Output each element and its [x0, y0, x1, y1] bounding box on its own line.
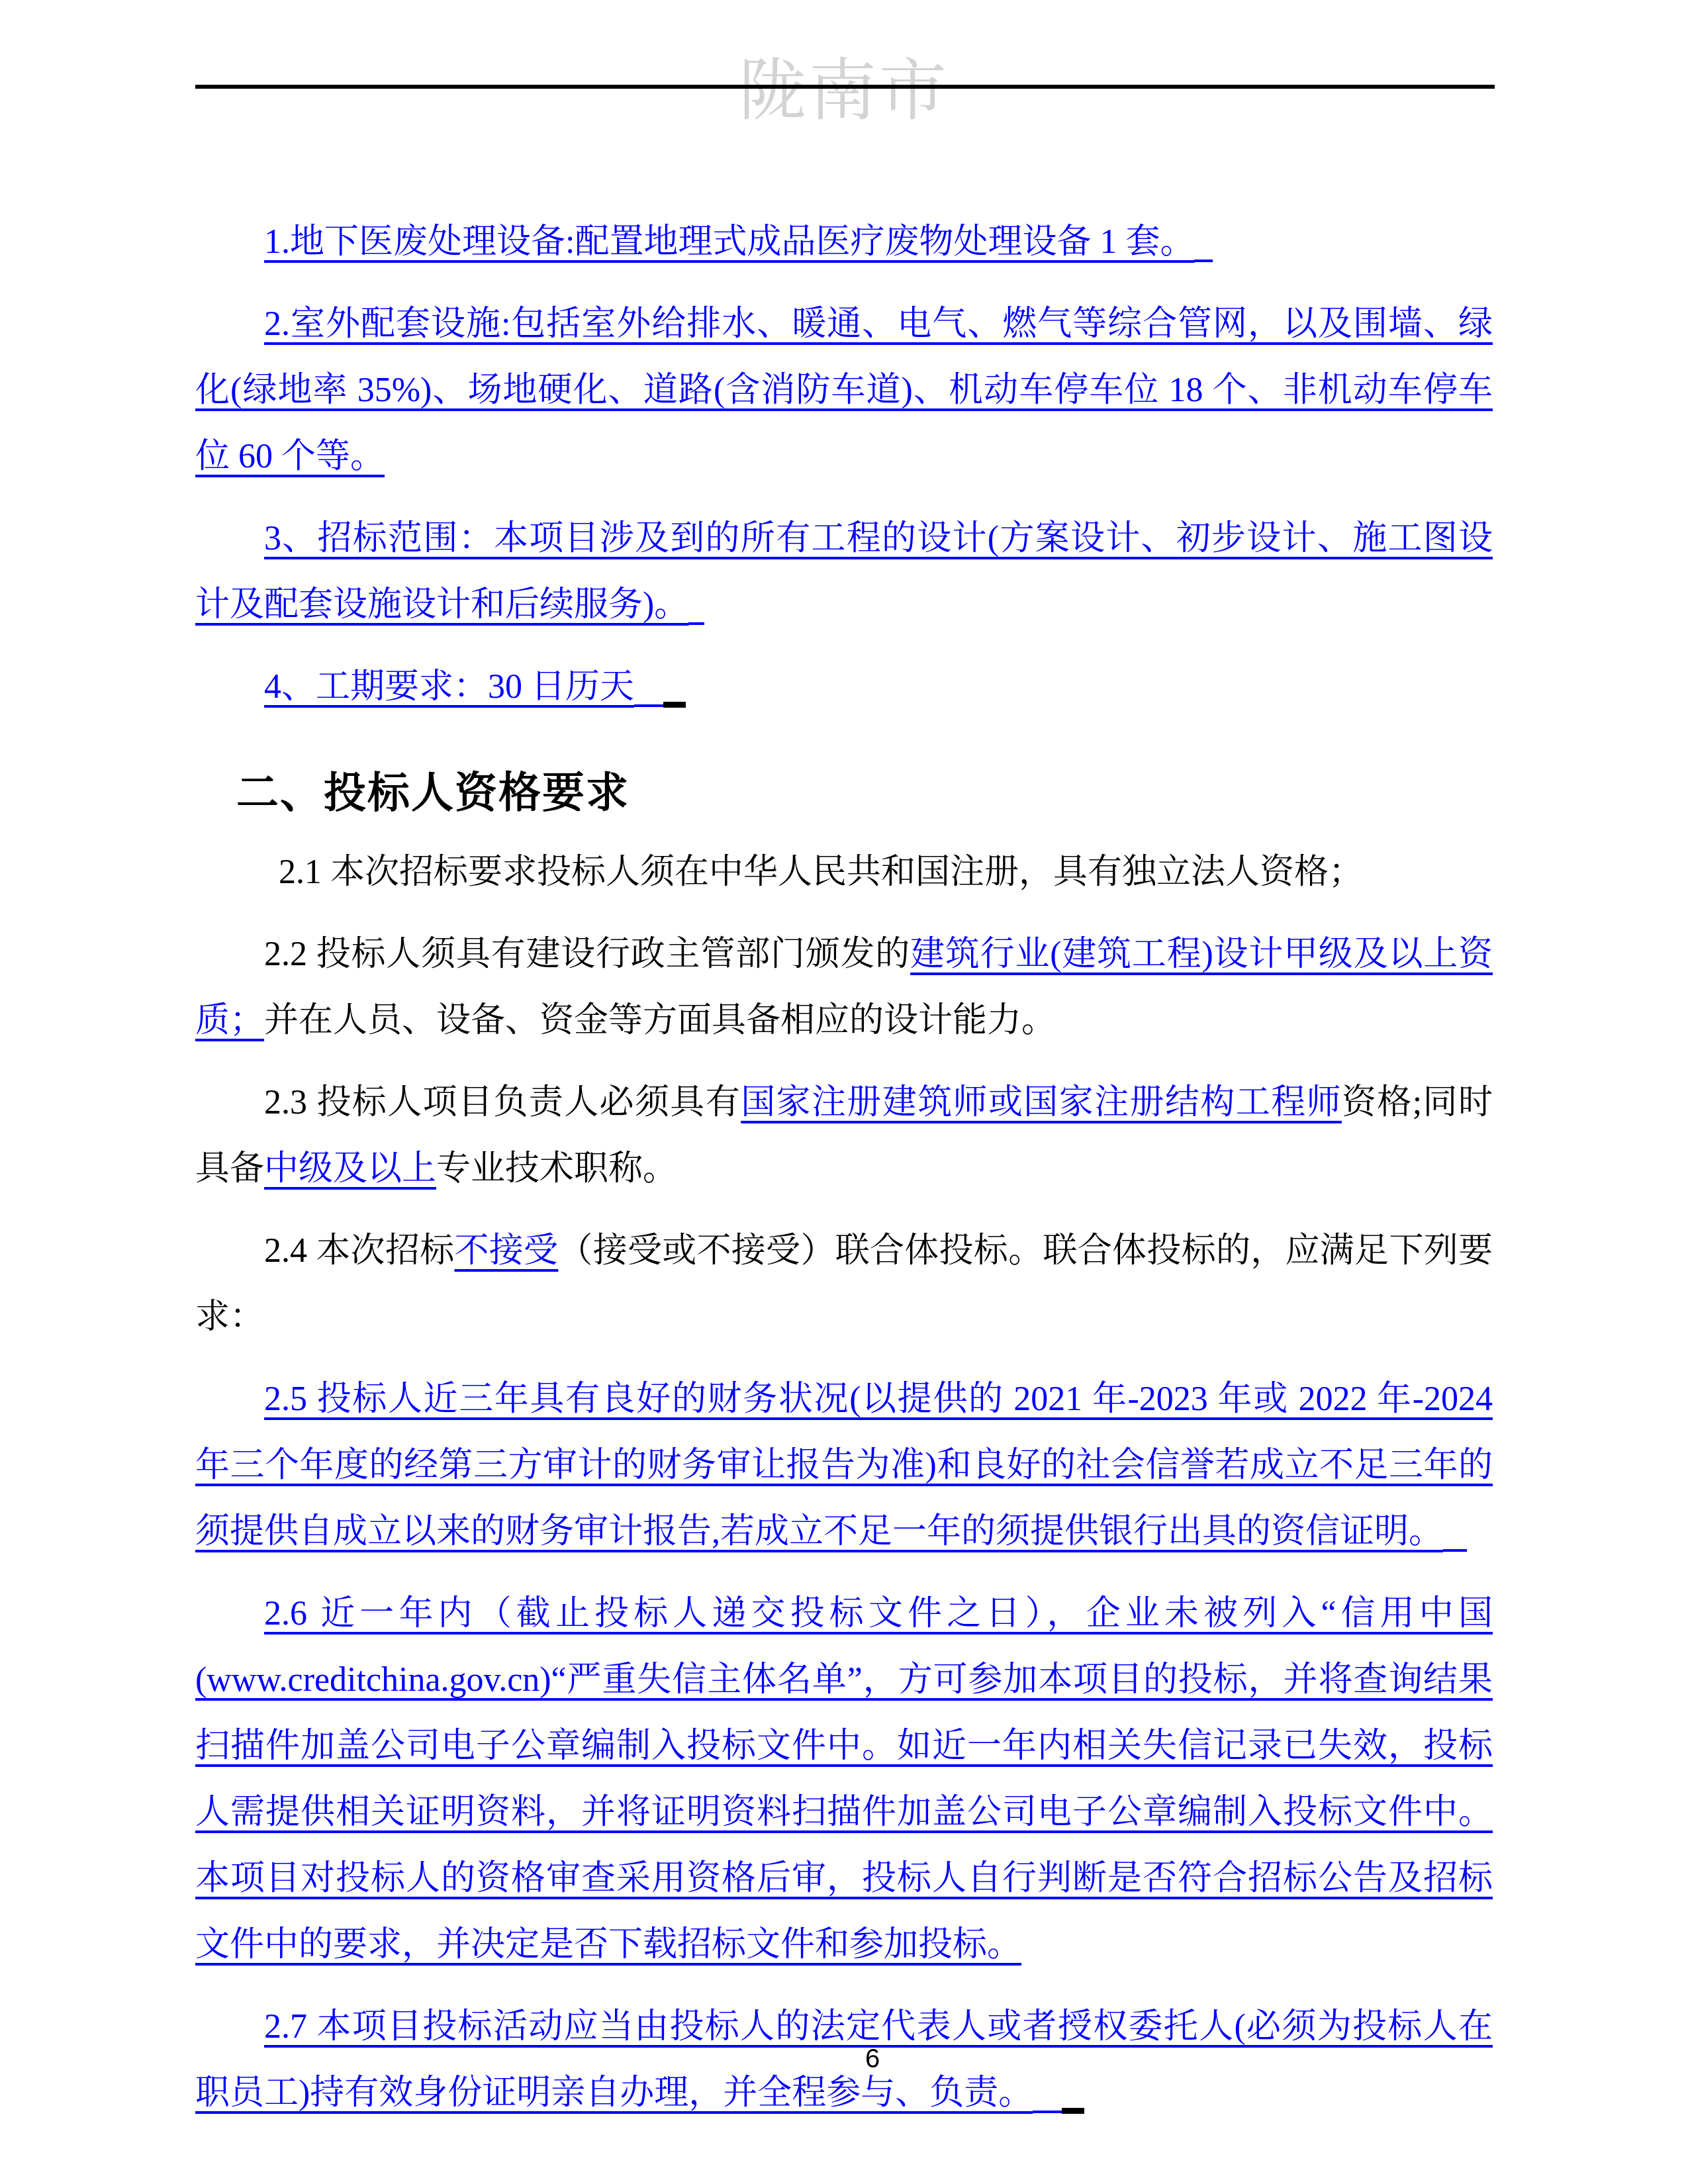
page-number: 6	[0, 2043, 1688, 2075]
underlined-link-text: 2.室外配套设施:包括室外给排水、暖通、电气、燃气等综合管网，以及围墙、绿化(绿…	[195, 305, 1493, 475]
text-run: 专业技术职称。	[436, 1150, 677, 1188]
paragraph-clause-2-6: 2.6 近一年内（截止投标人递交投标文件之日），企业未被列入“信用中国(www.…	[195, 1581, 1493, 1978]
document-page: 陇南市 1.地下医废处理设备:配置地理式成品医疗废物处理设备 1 套。2.室外配…	[0, 0, 1688, 2184]
underline-blank	[663, 675, 686, 708]
paragraph-clause-2-3: 2.3 投标人项目负责人必须具有国家注册建筑师或国家注册结构工程师资格;同时具备…	[195, 1070, 1493, 1202]
paragraph-clause-1: 1.地下医废处理设备:配置地理式成品医疗废物处理设备 1 套。	[195, 209, 1493, 275]
text-run: 2.3 投标人项目负责人必须具有	[264, 1084, 741, 1121]
underlined-link-text: 4、工期要求：30 日历天	[264, 668, 634, 706]
paragraph-clause-4: 4、工期要求：30 日历天	[195, 654, 1493, 720]
underline-blank	[1194, 233, 1213, 262]
underline-blank	[688, 596, 704, 625]
paragraph-clause-2-5: 2.5 投标人近三年具有良好的财务状况(以提供的 2021 年-2023 年或 …	[195, 1366, 1493, 1565]
paragraph-clause-2: 2.室外配套设施:包括室外给排水、暖通、电气、燃气等综合管网，以及围墙、绿化(绿…	[195, 291, 1493, 490]
text-run: 并在人员、设备、资金等方面具备相应的设计能力。	[264, 1002, 1056, 1039]
underlined-link-text: 2.6 近一年内（截止投标人递交投标文件之日），企业未被列入“信用中国(www.…	[195, 1595, 1493, 1964]
underline-blank	[1033, 2084, 1062, 2113]
paragraph-clause-2-2: 2.2 投标人须具有建设行政主管部门颁发的建筑行业(建筑工程)设计甲级及以上资质…	[195, 922, 1493, 1054]
section-heading-bidder-qualifications: 二、投标人资格要求	[195, 747, 1493, 839]
underline-blank	[1062, 2081, 1084, 2114]
underlined-link-text: 1.地下医废处理设备:配置地理式成品医疗废物处理设备 1 套。	[264, 223, 1194, 261]
section-bidder-qualifications: 2.1 本次招标要求投标人须在中华人民共和国注册，具有独立法人资格；2.2 投标…	[195, 839, 1493, 2126]
text-run: 2.2 投标人须具有建设行政主管部门颁发的	[264, 935, 910, 973]
text-run: 2.1 本次招标要求投标人须在中华人民共和国注册，具有独立法人资格；	[279, 853, 1363, 891]
paragraph-clause-2-4: 2.4 本次招标不接受（接受或不接受）联合体投标。联合体投标的，应满足下列要求：	[195, 1218, 1493, 1351]
paragraph-clause-2-1: 2.1 本次招标要求投标人须在中华人民共和国注册，具有独立法人资格；	[195, 839, 1493, 906]
paragraph-clause-3: 3、招标范围：本项目涉及到的所有工程的设计(方案设计、初步设计、施工图设计及配套…	[195, 506, 1493, 638]
underline-blank	[1443, 1523, 1467, 1552]
underline-blank	[634, 678, 663, 707]
underlined-link-text: 不接受	[454, 1232, 558, 1270]
section-project-scope: 1.地下医废处理设备:配置地理式成品医疗废物处理设备 1 套。2.室外配套设施:…	[195, 209, 1493, 720]
header-rule	[195, 85, 1495, 89]
underlined-link-text: 中级及以上	[264, 1150, 436, 1188]
underlined-link-text: 2.5 投标人近三年具有良好的财务状况(以提供的 2021 年-2023 年或 …	[195, 1380, 1493, 1550]
underlined-link-text: 国家注册建筑师或国家注册结构工程师	[741, 1084, 1342, 1121]
document-body: 1.地下医废处理设备:配置地理式成品医疗废物处理设备 1 套。2.室外配套设施:…	[195, 209, 1493, 2142]
underlined-link-text: 3、招标范围：本项目涉及到的所有工程的设计(方案设计、初步设计、施工图设计及配套…	[195, 520, 1493, 624]
text-run: 2.4 本次招标	[264, 1232, 454, 1270]
